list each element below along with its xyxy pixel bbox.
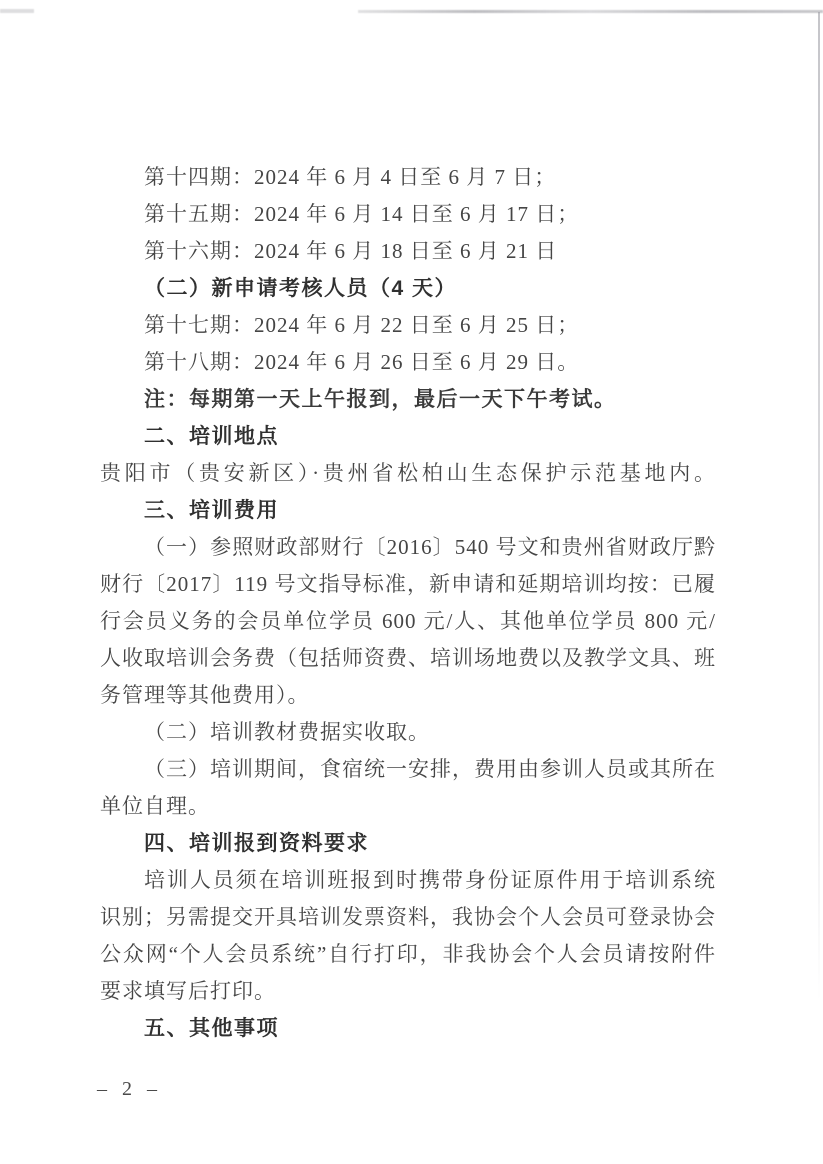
text-line-registration-2: 识别；另需提交开具培训发票资料，我协会个人会员可登录协会 (100, 899, 716, 936)
text-line-registration-4: 要求填写后打印。 (100, 973, 716, 1010)
heading-other-matters: 五、其他事项 (100, 1010, 716, 1047)
text-line-session-14: 第十四期：2024 年 6 月 4 日至 6 月 7 日； (100, 159, 716, 196)
text-line-location: 贵阳市（贵安新区）·贵州省松柏山生态保护示范基地内。 (100, 455, 716, 492)
text-line-session-18: 第十八期：2024 年 6 月 26 日至 6 月 29 日。 (100, 344, 716, 381)
text-line-session-17: 第十七期：2024 年 6 月 22 日至 6 月 25 日； (100, 307, 716, 344)
heading-new-applicants: （二）新申请考核人员（4 天） (100, 270, 716, 307)
scan-artifact-top-left (0, 9, 34, 13)
text-line-lodging-1: （三）培训期间，食宿统一安排，费用由参训人员或其所在 (100, 751, 716, 788)
text-line-fees-5: 务管理等其他费用）。 (100, 677, 716, 714)
document-body: 第十四期：2024 年 6 月 4 日至 6 月 7 日； 第十五期：2024 … (100, 159, 716, 1047)
text-line-fees-1: （一）参照财政部财行〔2016〕540 号文和贵州省财政厅黔 (100, 529, 716, 566)
text-line-fees-4: 人收取培训会务费（包括师资费、培训场地费以及教学文具、班 (100, 640, 716, 677)
page-number: – 2 – (97, 1078, 162, 1100)
heading-registration-materials: 四、培训报到资料要求 (100, 825, 716, 862)
text-line-session-15: 第十五期：2024 年 6 月 14 日至 6 月 17 日； (100, 196, 716, 233)
heading-training-fees: 三、培训费用 (100, 492, 716, 529)
document-page: 第十四期：2024 年 6 月 4 日至 6 月 7 日； 第十五期：2024 … (0, 0, 823, 1164)
text-line-lodging-2: 单位自理。 (100, 788, 716, 825)
text-line-registration-1: 培训人员须在培训班报到时携带身份证原件用于培训系统 (100, 862, 716, 899)
text-line-materials-fee: （二）培训教材费据实收取。 (100, 714, 716, 751)
text-line-fees-2: 财行〔2017〕119 号文指导标准，新申请和延期培训均按：已履 (100, 566, 716, 603)
text-line-fees-3: 行会员义务的会员单位学员 600 元/人、其他单位学员 800 元/ (100, 603, 716, 640)
note-line: 注：每期第一天上午报到，最后一天下午考试。 (100, 381, 716, 418)
scan-artifact-top-line (358, 10, 823, 13)
scan-edge-shadow (818, 12, 820, 1002)
text-line-session-16: 第十六期：2024 年 6 月 18 日至 6 月 21 日 (100, 233, 716, 270)
text-line-registration-3: 公众网“个人会员系统”自行打印，非我协会个人会员请按附件 (100, 936, 716, 973)
heading-training-location: 二、培训地点 (100, 418, 716, 455)
